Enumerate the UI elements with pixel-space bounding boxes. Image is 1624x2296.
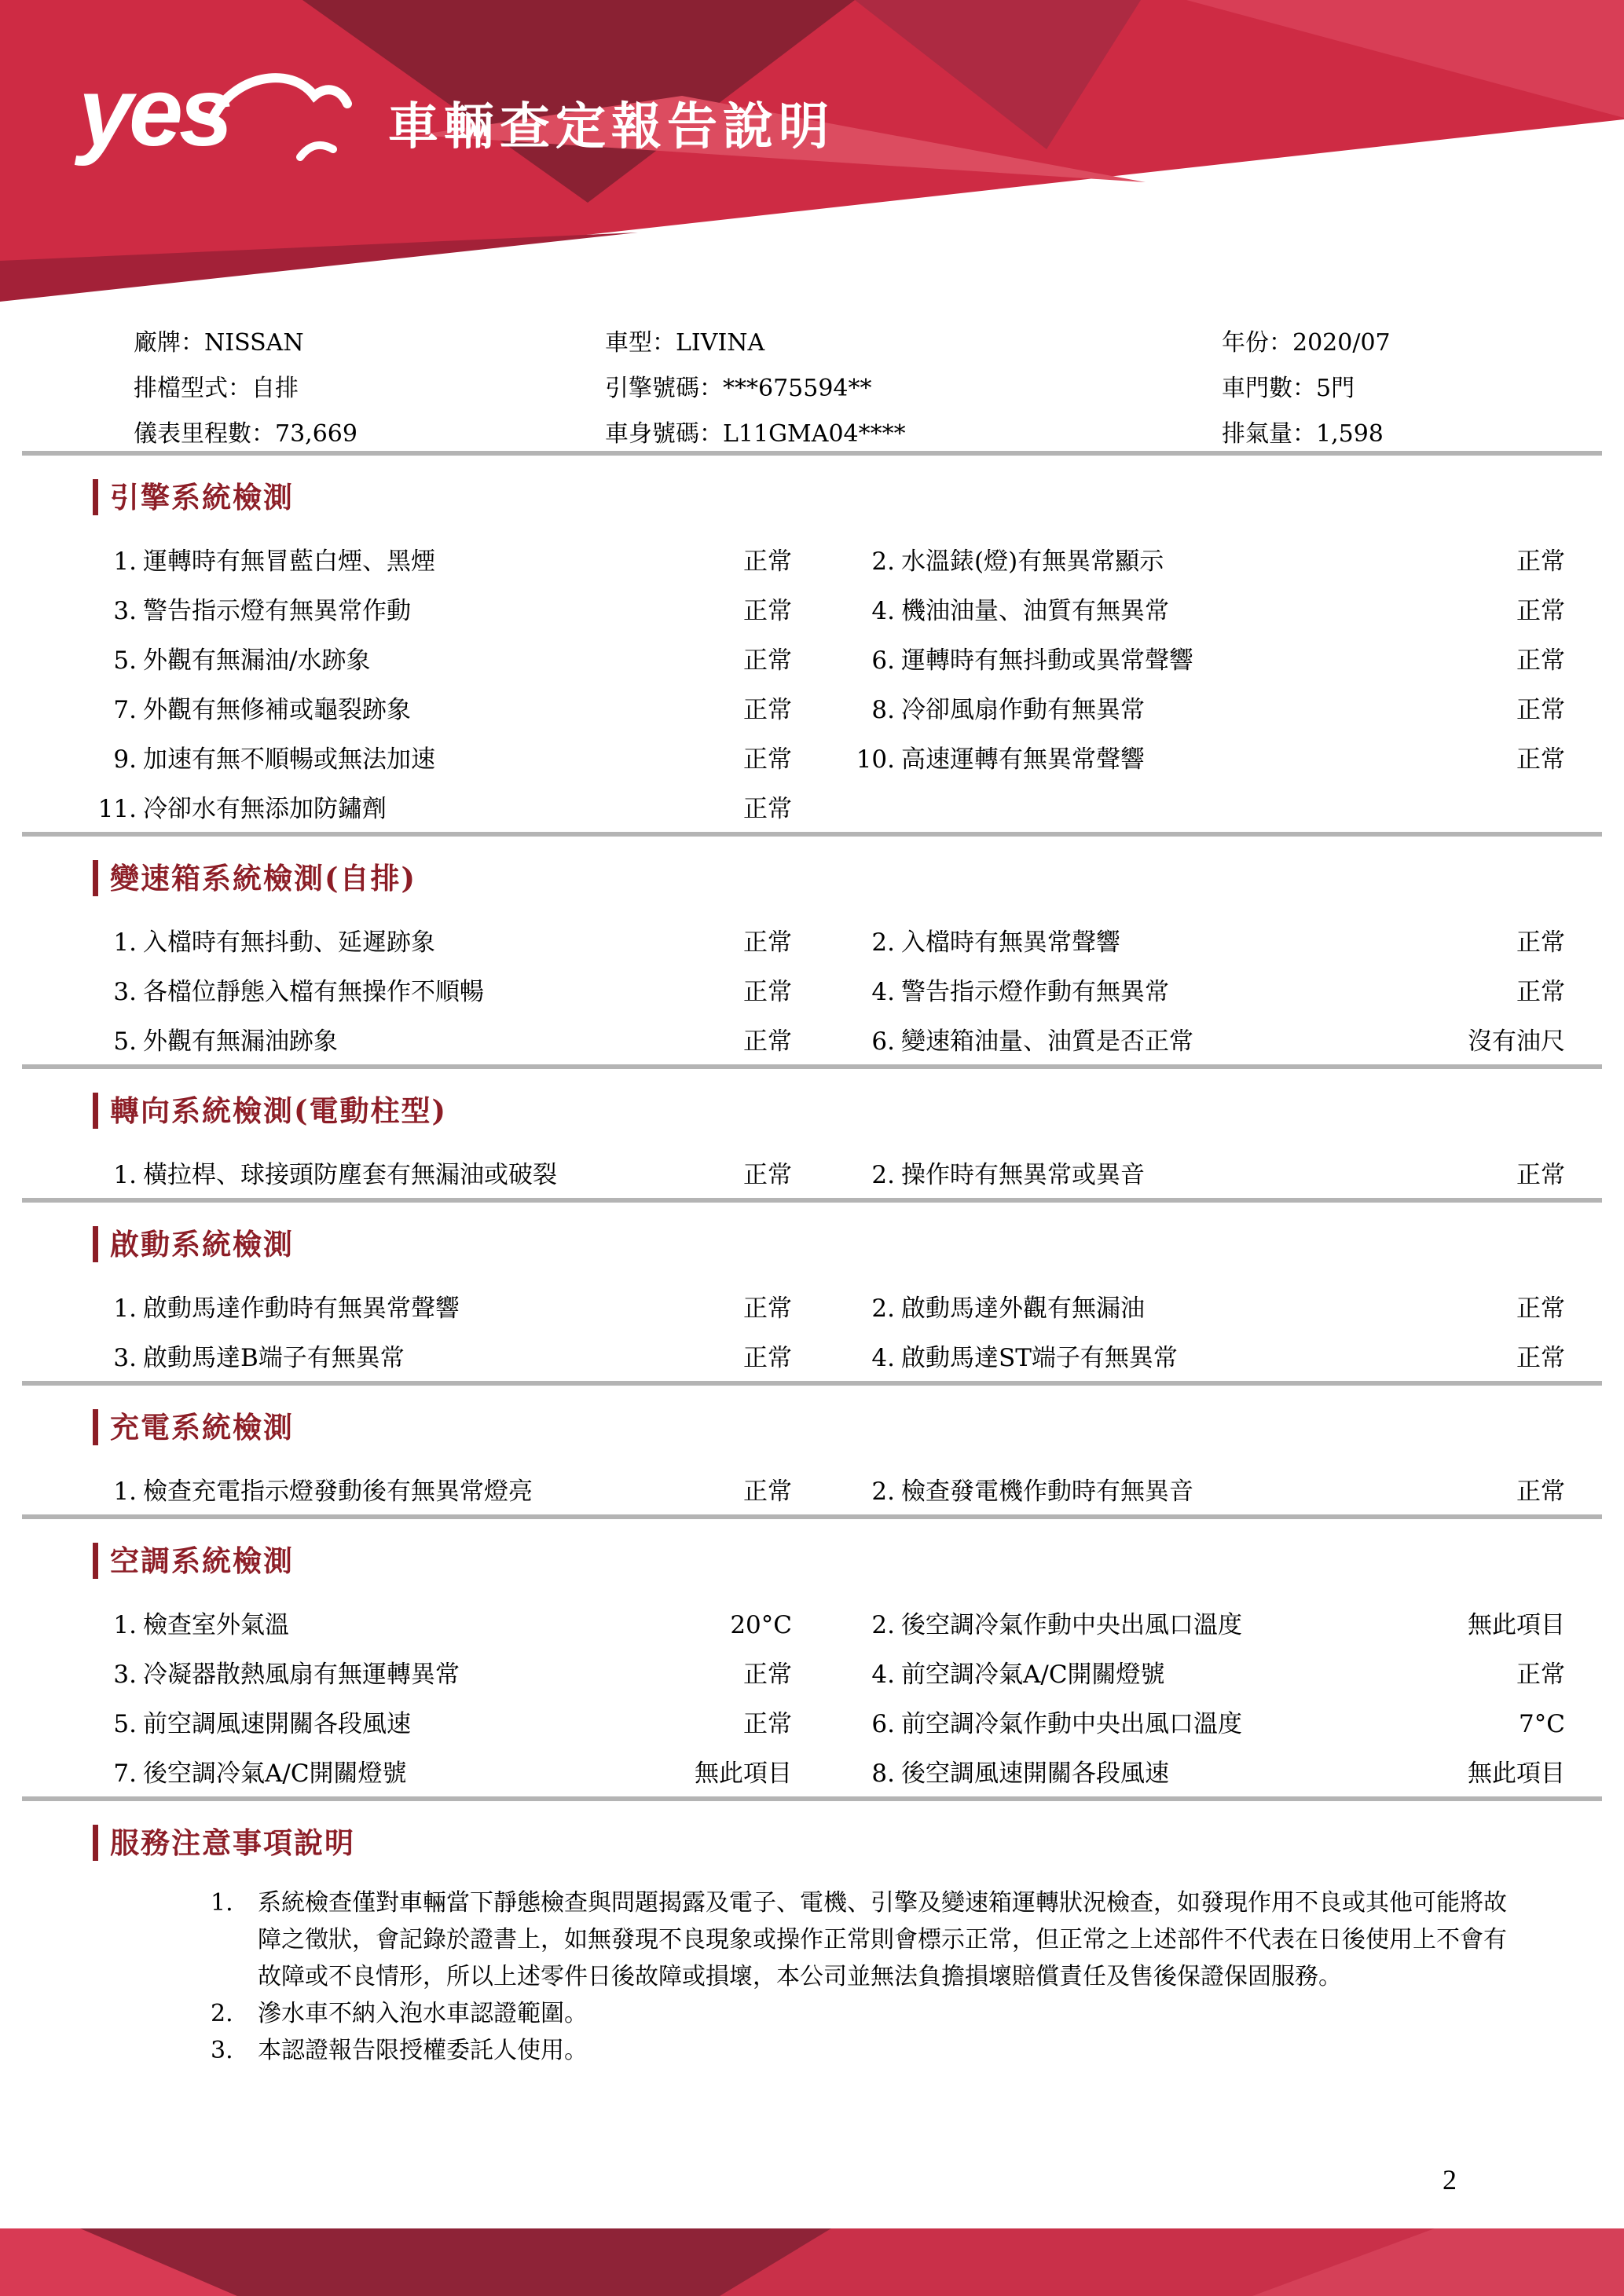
item-status: 7°C [1503,1708,1565,1741]
inspection-item: 1.檢查充電指示燈發動後有無異常燈亮正常 [93,1475,792,1508]
item-number: 2. [851,1609,895,1642]
vehicle-info-field: 廠牌：NISSAN [134,328,605,358]
item-number: 3. [93,1342,137,1375]
item-number: 1. [93,545,137,578]
item-number: 3. [93,976,137,1009]
inspection-row: 3.啟動馬達B端子有無異常正常 4.啟動馬達ST端子有無異常正常 [93,1342,1565,1375]
item-text: 後空調冷氣作動中央出風口溫度 [901,1609,1242,1642]
item-number: 1. [93,926,137,959]
vehicle-info-field: 引擎號碼：***675594** [605,374,1222,404]
section-steering: 轉向系統檢測(電動柱型) 1.橫拉桿、球接頭防塵套有無漏油或破裂正常 2.操作時… [0,1093,1624,1198]
note-number: 1. [211,1884,247,1995]
item-status: 正常 [728,743,792,776]
section-divider [22,1796,1602,1801]
inspection-item: 8.後空調風速開關各段風速無此項目 [851,1757,1565,1790]
item-status: 正常 [728,1708,792,1741]
item-status: 正常 [1501,694,1565,727]
item-number: 3. [93,595,137,628]
item-status: 正常 [1501,1159,1565,1192]
item-text: 機油油量、油質有無異常 [901,595,1169,628]
inspection-item: 4.前空調冷氣A/C開關燈號正常 [851,1658,1565,1691]
service-note: 1.系統檢查僅對車輛當下靜態檢查與問題揭露及電子、電機、引擎及變速箱運轉狀況檢查… [211,1884,1520,1995]
field-value: LIVINA [676,329,764,357]
section-title: 充電系統檢測 [93,1409,1565,1445]
item-status: 正常 [1501,976,1565,1009]
item-text: 警告指示燈作動有無異常 [901,976,1169,1009]
inspection-item: 2.檢查發電機作動時有無異音正常 [851,1475,1565,1508]
inspection-row: 1.運轉時有無冒藍白煙、黑煙正常 2.水溫錶(燈)有無異常顯示正常 [93,545,1565,578]
inspection-item: 5.外觀有無漏油/水跡象正常 [93,644,792,677]
inspection-item: 3.各檔位靜態入檔有無操作不順暢正常 [93,976,792,1009]
item-text: 冷凝器散熱風扇有無運轉異常 [143,1658,460,1691]
inspection-rows: 1.檢查室外氣溫20°C 2.後空調冷氣作動中央出風口溫度無此項目 3.冷凝器散… [93,1579,1565,1796]
item-status: 正常 [728,1342,792,1375]
field-label: 排氣量： [1222,420,1316,448]
inspection-item: 1.橫拉桿、球接頭防塵套有無漏油或破裂正常 [93,1159,792,1192]
item-number: 1. [93,1159,137,1192]
field-label: 車身號碼： [605,420,723,448]
field-label: 廠牌： [134,329,204,357]
item-text: 入檔時有無異常聲響 [901,926,1120,959]
item-number: 11. [93,793,137,826]
inspection-rows: 1.入檔時有無抖動、延遲跡象正常 2.入檔時有無異常聲響正常 3.各檔位靜態入檔… [93,896,1565,1064]
inspection-item: 11.冷卻水有無添加防鏽劑正常 [93,793,792,826]
section-divider [22,1198,1602,1203]
item-status: 正常 [1501,545,1565,578]
item-text: 前空調冷氣作動中央出風口溫度 [901,1708,1242,1741]
item-text: 運轉時有無冒藍白煙、黑煙 [143,545,435,578]
inspection-item: 2.水溫錶(燈)有無異常顯示正常 [851,545,1565,578]
item-text: 檢查發電機作動時有無異音 [901,1475,1193,1508]
item-text: 各檔位靜態入檔有無操作不順暢 [143,976,484,1009]
item-status: 正常 [728,694,792,727]
item-status: 正常 [1501,926,1565,959]
item-text: 加速有無不順暢或無法加速 [143,743,435,776]
field-label: 排檔型式： [134,375,251,402]
service-note: 3.本認證報告限授權委託人使用。 [211,2032,1520,2069]
inspection-row: 7.後空調冷氣A/C開關燈號無此項目 8.後空調風速開關各段風速無此項目 [93,1757,1565,1790]
inspection-item: 3.啟動馬達B端子有無異常正常 [93,1342,792,1375]
item-status: 正常 [728,793,792,826]
inspection-item: 7.外觀有無修補或龜裂跡象正常 [93,694,792,727]
item-status: 正常 [728,1475,792,1508]
item-number: 6. [851,1708,895,1741]
field-label: 車門數： [1222,375,1316,402]
item-text: 檢查室外氣溫 [143,1609,289,1642]
inspection-item: 4.啟動馬達ST端子有無異常正常 [851,1342,1565,1375]
section-divider [22,832,1602,837]
inspection-rows: 1.橫拉桿、球接頭防塵套有無漏油或破裂正常 2.操作時有無異常或異音正常 [93,1129,1565,1198]
section-air-conditioning: 空調系統檢測 1.檢查室外氣溫20°C 2.後空調冷氣作動中央出風口溫度無此項目… [0,1543,1624,1796]
item-text: 冷卻風扇作動有無異常 [901,694,1145,727]
inspection-row: 3.各檔位靜態入檔有無操作不順暢正常 4.警告指示燈作動有無異常正常 [93,976,1565,1009]
field-label: 年份： [1222,329,1292,357]
item-number: 8. [851,1757,895,1790]
item-text: 前空調風速開關各段風速 [143,1708,411,1741]
inspection-row: 1.檢查室外氣溫20°C 2.後空調冷氣作動中央出風口溫度無此項目 [93,1609,1565,1642]
field-value: NISSAN [204,329,304,357]
item-status: 正常 [1501,644,1565,677]
inspection-row: 11.冷卻水有無添加防鏽劑正常 [93,793,1565,826]
item-number: 6. [851,1025,895,1058]
inspection-item-empty [851,793,1565,826]
item-text: 後空調風速開關各段風速 [901,1757,1169,1790]
item-number: 2. [851,1292,895,1325]
inspection-item: 5.外觀有無漏油跡象正常 [93,1025,792,1058]
inspection-rows: 1.運轉時有無冒藍白煙、黑煙正常 2.水溫錶(燈)有無異常顯示正常 3.警告指示… [93,515,1565,832]
item-number: 1. [93,1292,137,1325]
vehicle-info-field: 儀表里程數：73,669 [134,419,605,449]
vehicle-info-column: 年份：2020/07 車門數：5門 排氣量：1,598 [1222,328,1577,449]
item-text: 變速箱油量、油質是否正常 [901,1025,1193,1058]
report-content: 廠牌：NISSAN 排檔型式：自排 儀表里程數：73,669 車型：LIVINA… [0,0,1624,2069]
section-divider [22,451,1602,456]
inspection-row: 1.啟動馬達作動時有無異常聲響正常 2.啟動馬達外觀有無漏油正常 [93,1292,1565,1325]
item-text: 啟動馬達作動時有無異常聲響 [143,1292,460,1325]
section-starter: 啟動系統檢測 1.啟動馬達作動時有無異常聲響正常 2.啟動馬達外觀有無漏油正常 … [0,1226,1624,1381]
item-status: 正常 [728,1658,792,1691]
inspection-item: 3.冷凝器散熱風扇有無運轉異常正常 [93,1658,792,1691]
item-status: 正常 [728,1292,792,1325]
field-label: 車型： [605,329,676,357]
inspection-item: 2.後空調冷氣作動中央出風口溫度無此項目 [851,1609,1565,1642]
item-number: 8. [851,694,895,727]
inspection-item: 1.檢查室外氣溫20°C [93,1609,792,1642]
note-text: 本認證報告限授權委託人使用。 [258,2032,1520,2069]
inspection-item: 10.高速運轉有無異常聲響正常 [851,743,1565,776]
item-number: 2. [851,1159,895,1192]
item-text: 檢查充電指示燈發動後有無異常燈亮 [143,1475,533,1508]
item-number: 3. [93,1658,137,1691]
inspection-item: 1.入檔時有無抖動、延遲跡象正常 [93,926,792,959]
field-value: L11GMA04**** [723,420,906,448]
inspection-item: 2.操作時有無異常或異音正常 [851,1159,1565,1192]
page-number: 2 [1443,2163,1457,2196]
inspection-item: 4.警告指示燈作動有無異常正常 [851,976,1565,1009]
section-divider [22,1064,1602,1069]
vehicle-info-field: 排檔型式：自排 [134,374,605,404]
inspection-row: 7.外觀有無修補或龜裂跡象正常 8.冷卻風扇作動有無異常正常 [93,694,1565,727]
inspection-item: 3.警告指示燈有無異常作動正常 [93,595,792,628]
note-text: 滲水車不納入泡水車認證範圍。 [258,1995,1520,2032]
vehicle-info-field: 車身號碼：L11GMA04**** [605,419,1222,449]
report-page: yes 車輛查定報告說明 廠牌：NISSAN 排檔型式：自排 儀表里程數：73,… [0,0,1624,2296]
inspection-row: 1.橫拉桿、球接頭防塵套有無漏油或破裂正常 2.操作時有無異常或異音正常 [93,1159,1565,1192]
inspection-item: 9.加速有無不順暢或無法加速正常 [93,743,792,776]
item-status: 正常 [728,976,792,1009]
inspection-row: 1.檢查充電指示燈發動後有無異常燈亮正常 2.檢查發電機作動時有無異音正常 [93,1475,1565,1508]
field-value: ***675594** [723,375,872,402]
item-number: 7. [93,694,137,727]
inspection-item: 1.運轉時有無冒藍白煙、黑煙正常 [93,545,792,578]
item-status: 正常 [728,926,792,959]
section-divider [22,1514,1602,1519]
service-note: 2.滲水車不納入泡水車認證範圍。 [211,1995,1520,2032]
section-transmission: 變速箱系統檢測(自排) 1.入檔時有無抖動、延遲跡象正常 2.入檔時有無異常聲響… [0,860,1624,1064]
item-status: 正常 [1501,1342,1565,1375]
section-engine: 引擎系統檢測 1.運轉時有無冒藍白煙、黑煙正常 2.水溫錶(燈)有無異常顯示正常… [0,479,1624,832]
field-value: 2020/07 [1292,329,1391,357]
item-status: 正常 [728,644,792,677]
item-number: 4. [851,1342,895,1375]
item-text: 操作時有無異常或異音 [901,1159,1145,1192]
inspection-rows: 1.啟動馬達作動時有無異常聲響正常 2.啟動馬達外觀有無漏油正常 3.啟動馬達B… [93,1262,1565,1381]
item-text: 橫拉桿、球接頭防塵套有無漏油或破裂 [143,1159,557,1192]
footer-band [0,2228,1624,2296]
inspection-item: 4.機油油量、油質有無異常正常 [851,595,1565,628]
inspection-item: 6.運轉時有無抖動或異常聲響正常 [851,644,1565,677]
inspection-item: 7.後空調冷氣A/C開關燈號無此項目 [93,1757,792,1790]
inspection-item: 5.前空調風速開關各段風速正常 [93,1708,792,1741]
inspection-item: 2.入檔時有無異常聲響正常 [851,926,1565,959]
item-number: 9. [93,743,137,776]
item-number: 4. [851,976,895,1009]
item-text: 前空調冷氣A/C開關燈號 [901,1658,1165,1691]
inspection-row: 9.加速有無不順暢或無法加速正常 10.高速運轉有無異常聲響正常 [93,743,1565,776]
item-number: 5. [93,644,137,677]
field-value: 1,598 [1316,420,1384,448]
item-status: 無此項目 [1452,1757,1565,1790]
section-title: 變速箱系統檢測(自排) [93,860,1565,896]
item-text: 冷卻水有無添加防鏽劑 [143,793,387,826]
item-text: 外觀有無漏油跡象 [143,1025,338,1058]
item-text: 啟動馬達B端子有無異常 [143,1342,405,1375]
item-number: 4. [851,595,895,628]
field-value: 自排 [251,375,299,402]
service-notes-list: 1.系統檢查僅對車輛當下靜態檢查與問題揭露及電子、電機、引擎及變速箱運轉狀況檢查… [93,1861,1565,2069]
inspection-item: 6.前空調冷氣作動中央出風口溫度7°C [851,1708,1565,1741]
inspection-item: 1.啟動馬達作動時有無異常聲響正常 [93,1292,792,1325]
item-number: 2. [851,545,895,578]
inspection-item: 2.啟動馬達外觀有無漏油正常 [851,1292,1565,1325]
vehicle-info-column: 車型：LIVINA 引擎號碼：***675594** 車身號碼：L11GMA04… [605,328,1222,449]
field-label: 引擎號碼： [605,375,723,402]
field-value: 5門 [1316,375,1355,402]
inspection-item: 6.變速箱油量、油質是否正常沒有油尺 [851,1025,1565,1058]
inspection-row: 3.警告指示燈有無異常作動正常 4.機油油量、油質有無異常正常 [93,595,1565,628]
item-number: 4. [851,1658,895,1691]
item-status: 正常 [728,545,792,578]
section-title: 空調系統檢測 [93,1543,1565,1579]
item-status: 正常 [728,1025,792,1058]
item-status: 正常 [1501,595,1565,628]
item-number: 6. [851,644,895,677]
field-value: 73,669 [275,420,357,448]
section-title: 轉向系統檢測(電動柱型) [93,1093,1565,1129]
inspection-row: 5.前空調風速開關各段風速正常 6.前空調冷氣作動中央出風口溫度7°C [93,1708,1565,1741]
item-number: 5. [93,1025,137,1058]
item-number: 2. [851,926,895,959]
item-number: 7. [93,1757,137,1790]
item-status: 正常 [1501,743,1565,776]
item-text: 水溫錶(燈)有無異常顯示 [901,545,1164,578]
vehicle-info: 廠牌：NISSAN 排檔型式：自排 儀表里程數：73,669 車型：LIVINA… [0,328,1624,449]
item-status: 正常 [1501,1292,1565,1325]
section-divider [22,1381,1602,1386]
item-status: 正常 [1501,1475,1565,1508]
section-charging: 充電系統檢測 1.檢查充電指示燈發動後有無異常燈亮正常 2.檢查發電機作動時有無… [0,1409,1624,1514]
note-text: 系統檢查僅對車輛當下靜態檢查與問題揭露及電子、電機、引擎及變速箱運轉狀況檢查，如… [258,1884,1520,1995]
item-status: 無此項目 [1452,1609,1565,1642]
vehicle-info-column: 廠牌：NISSAN 排檔型式：自排 儀表里程數：73,669 [134,328,605,449]
field-label: 儀表里程數： [134,420,275,448]
item-text: 運轉時有無抖動或異常聲響 [901,644,1193,677]
inspection-row: 5.外觀有無漏油跡象正常 6.變速箱油量、油質是否正常沒有油尺 [93,1025,1565,1058]
item-status: 20°C [714,1609,792,1642]
item-text: 警告指示燈有無異常作動 [143,595,411,628]
item-text: 外觀有無漏油/水跡象 [143,644,370,677]
item-status: 無此項目 [679,1757,792,1790]
vehicle-info-field: 車門數：5門 [1222,374,1577,404]
vehicle-info-field: 排氣量：1,598 [1222,419,1577,449]
item-number: 10. [851,743,895,776]
item-status: 正常 [1501,1658,1565,1691]
item-text: 後空調冷氣A/C開關燈號 [143,1757,407,1790]
note-number: 2. [211,1995,247,2032]
inspection-row: 5.外觀有無漏油/水跡象正常 6.運轉時有無抖動或異常聲響正常 [93,644,1565,677]
item-number: 1. [93,1475,137,1508]
item-text: 啟動馬達外觀有無漏油 [901,1292,1145,1325]
inspection-row: 1.入檔時有無抖動、延遲跡象正常 2.入檔時有無異常聲響正常 [93,926,1565,959]
section-title: 引擎系統檢測 [93,479,1565,515]
section-title: 啟動系統檢測 [93,1226,1565,1262]
item-status: 正常 [728,1159,792,1192]
item-number: 5. [93,1708,137,1741]
item-text: 啟動馬達ST端子有無異常 [901,1342,1178,1375]
inspection-item: 8.冷卻風扇作動有無異常正常 [851,694,1565,727]
section-title: 服務注意事項說明 [93,1825,1565,1861]
vehicle-info-field: 車型：LIVINA [605,328,1222,358]
note-number: 3. [211,2032,247,2069]
item-text: 入檔時有無抖動、延遲跡象 [143,926,435,959]
item-status: 正常 [728,595,792,628]
item-text: 高速運轉有無異常聲響 [901,743,1145,776]
section-service-notes: 服務注意事項說明 1.系統檢查僅對車輛當下靜態檢查與問題揭露及電子、電機、引擎及… [0,1825,1624,2069]
vehicle-info-field: 年份：2020/07 [1222,328,1577,358]
inspection-row: 3.冷凝器散熱風扇有無運轉異常正常 4.前空調冷氣A/C開關燈號正常 [93,1658,1565,1691]
item-number: 1. [93,1609,137,1642]
item-status: 沒有油尺 [1452,1025,1565,1058]
inspection-rows: 1.檢查充電指示燈發動後有無異常燈亮正常 2.檢查發電機作動時有無異音正常 [93,1445,1565,1514]
item-text: 外觀有無修補或龜裂跡象 [143,694,411,727]
item-number: 2. [851,1475,895,1508]
